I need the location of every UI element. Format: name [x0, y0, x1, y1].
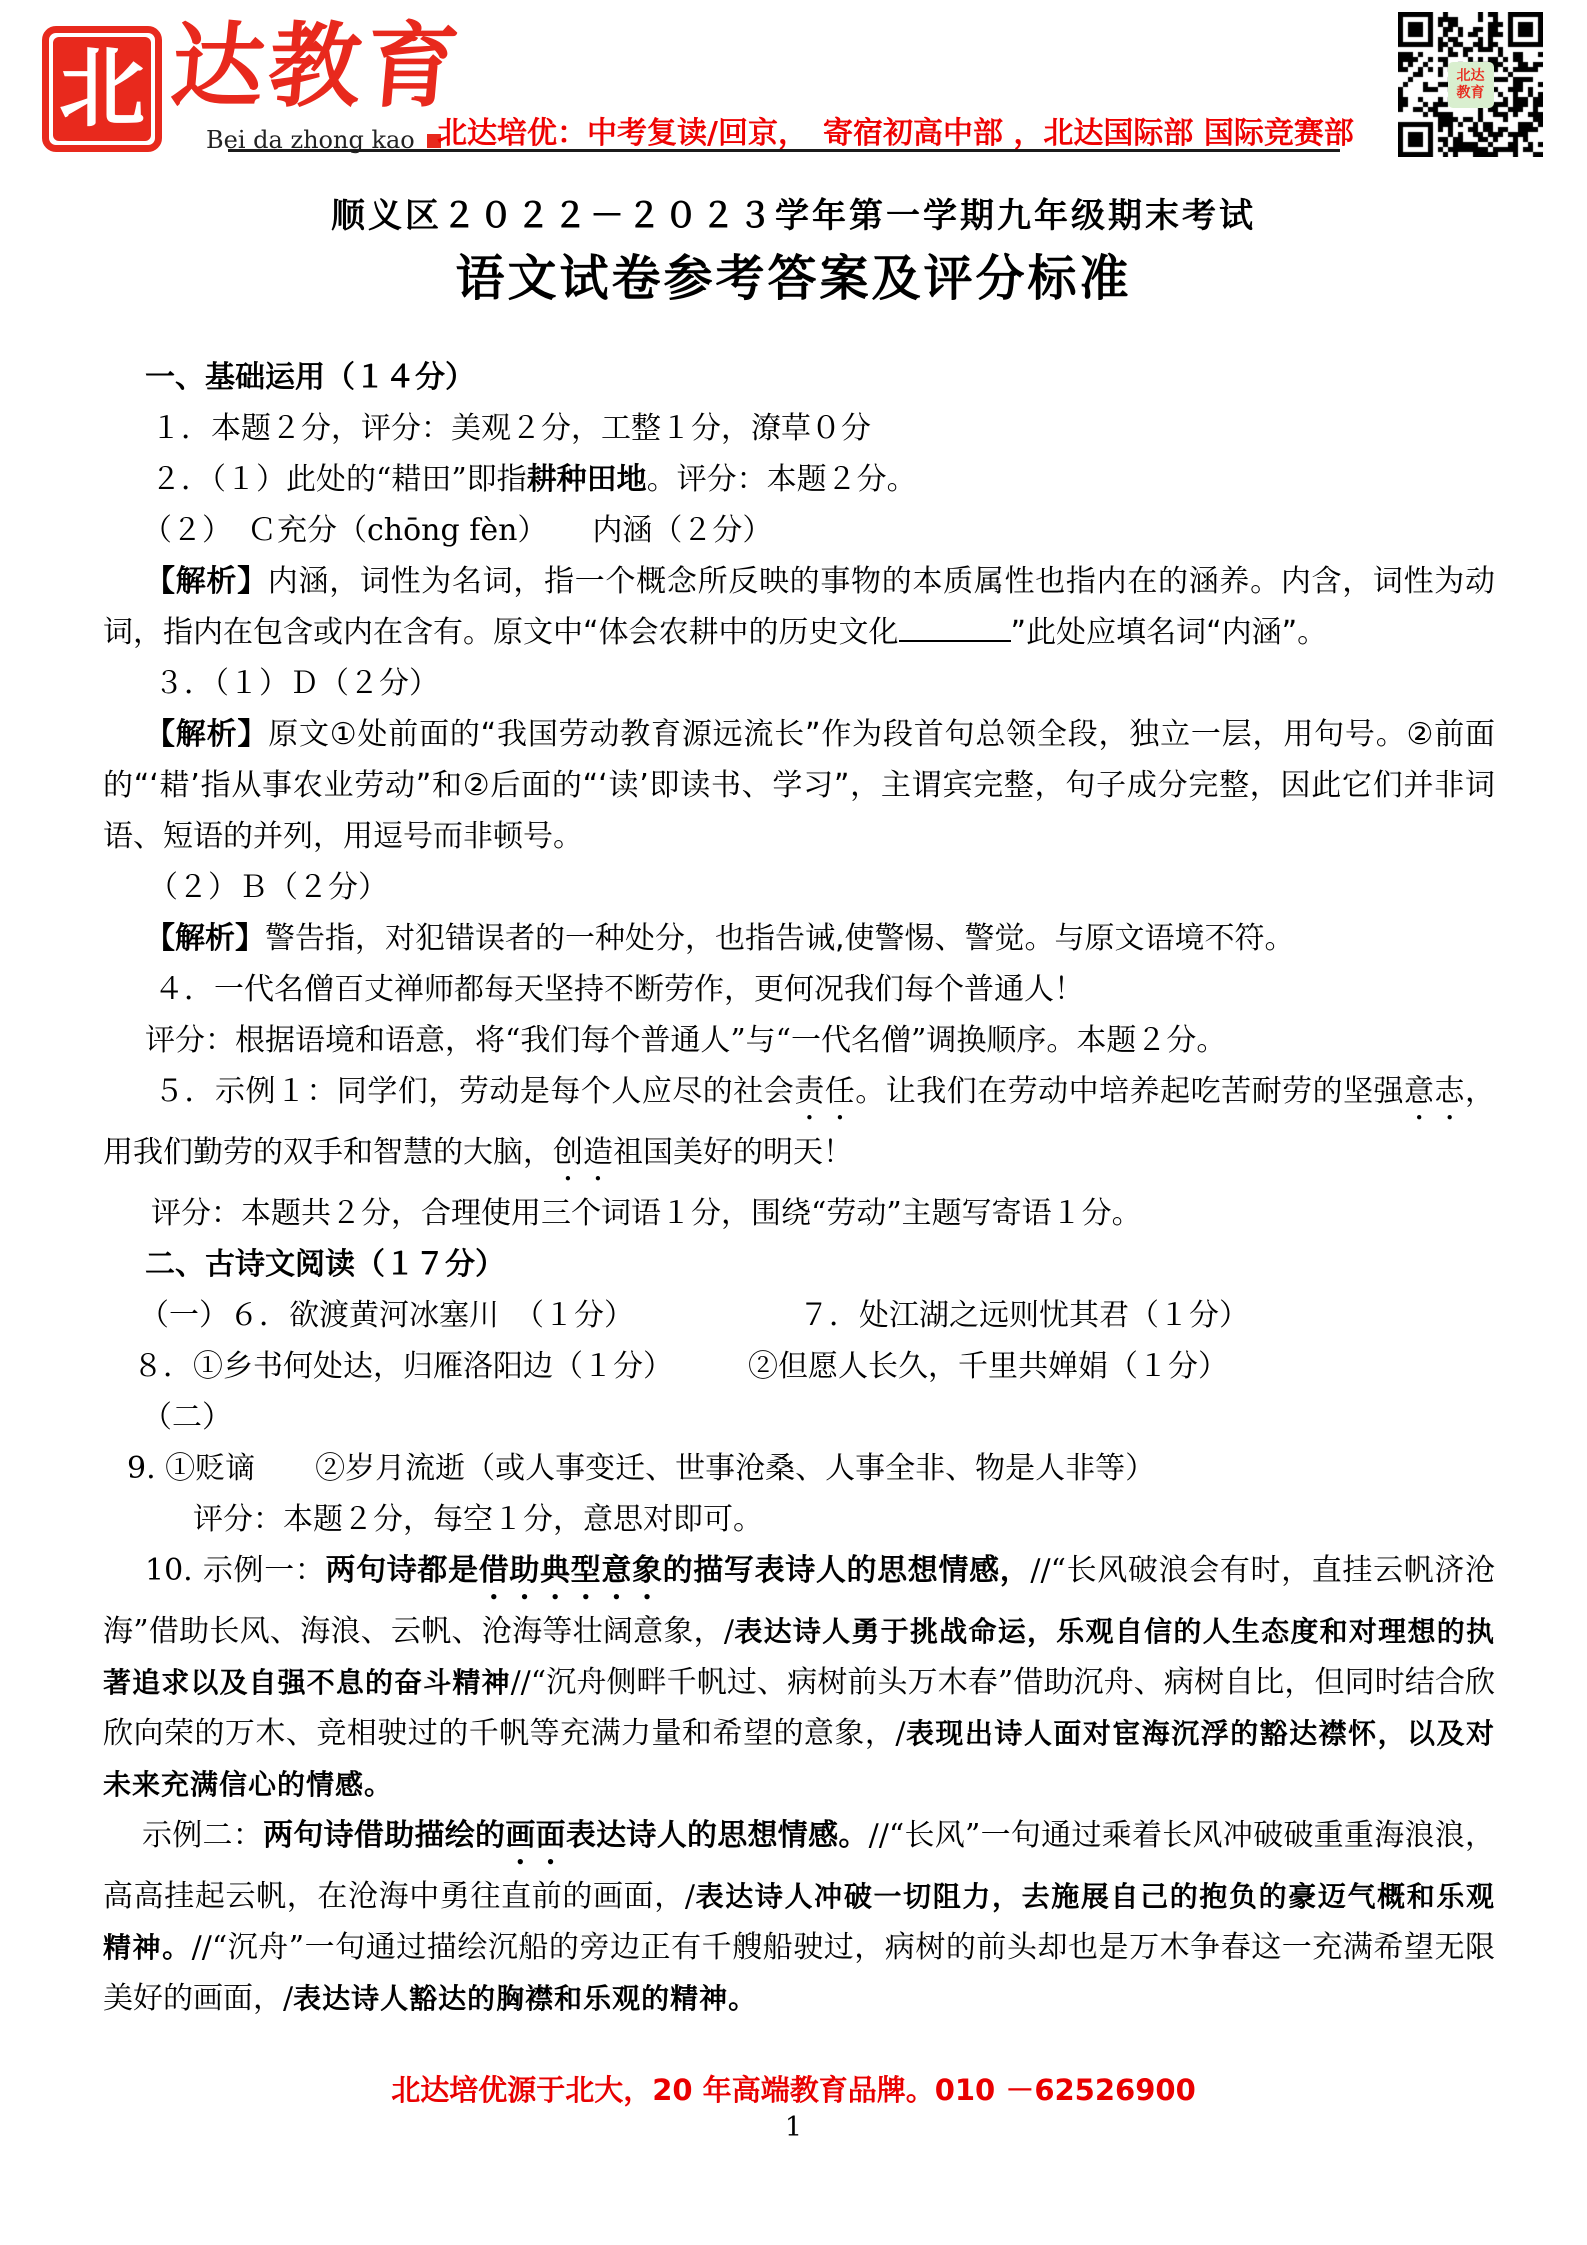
text-run: 意志	[1404, 1074, 1465, 1109]
text-run: ”此处应填名词“内涵”。	[1011, 615, 1328, 650]
text-run: 一、基础运用（１４分）	[145, 360, 475, 395]
footer-slogan: 北达培优源于北大，20 年高端教育品牌。010 －62526900	[0, 2068, 1587, 2109]
section-heading-1: 一、基础运用（１４分）	[103, 352, 1495, 403]
text-run: ４．一代名僧百丈禅师都每天坚持不断劳作，更何况我们每个普通人！	[154, 972, 1084, 1007]
text-run: 警告指，对犯错误者的一种处分，也指告诫,使警惕、警觉。与原文语境不符。	[265, 921, 1295, 956]
answer-4: ４．一代名僧百丈禅师都每天坚持不断劳作，更何况我们每个普通人！	[103, 964, 1495, 1015]
answer-2-2: （２） Ｃ充分（chōng fèn） 内涵（２分）	[103, 505, 1495, 556]
logo-wordmark: 达教育	[168, 18, 467, 115]
text-run: 借助典型意象	[479, 1553, 663, 1588]
text-run: （一）６．欲渡黄河冰塞川 （１分） ７．处江湖之远则忧其君（１分）	[139, 1298, 1249, 1333]
text-run: （二）	[142, 1400, 232, 1435]
text-run: 。让我们在劳动中培养起吃苦耐劳的坚强	[855, 1074, 1404, 1109]
answer-6-7: （一）６．欲渡黄河冰塞川 （１分） ７．处江湖之远则忧其君（１分）	[103, 1290, 1495, 1341]
text-run: 【解析】	[145, 564, 268, 599]
section-2-2: （二）	[103, 1392, 1495, 1443]
qr-center-line2: 教育	[1457, 85, 1485, 102]
text-run: 评分：根据语境和语意，将“我们每个普通人”与“一代名僧”调换顺序。本题２分。	[145, 1023, 1226, 1058]
answer-3-1: ３．（１）Ｄ（２分）	[103, 658, 1495, 709]
answer-3-2: （２）Ｂ（２分）	[103, 862, 1495, 913]
analysis-3-1: 【解析】原文①处前面的“我国劳动教育源远流长”作为段首句总领全段，独立一层，用句…	[103, 709, 1495, 862]
answer-5: ５．示例１：同学们，劳动是每个人应尽的社会责任。让我们在劳动中培养起吃苦耐劳的坚…	[103, 1066, 1495, 1188]
analysis-3-2: 【解析】警告指，对犯错误者的一种处分，也指告诫,使警惕、警觉。与原文语境不符。	[103, 913, 1495, 964]
page-number: 1	[0, 2112, 1587, 2143]
answer-10-example-1: 10. 示例一：两句诗都是借助典型意象的描写表诗人的思想情感，//“长风破浪会有…	[103, 1545, 1495, 1810]
exam-title: 顺义区２０２２－２０２３学年第一学期九年级期末考试	[0, 188, 1587, 237]
text-run: 原文①处前面的“我国劳动教育源远流长”作为段首句总领全段，独立一层，用句号。②前…	[103, 717, 1495, 854]
fill-in-blank	[899, 610, 1011, 642]
answer-body: 一、基础运用（１４分）１．本题２分，评分：美观２分，工整１分，潦草０分２．（１）…	[103, 352, 1495, 2024]
text-run: 表达诗人的思想情感。	[566, 1818, 869, 1853]
text-run: １．本题２分，评分：美观２分，工整１分，潦草０分	[151, 411, 871, 446]
answer-8: ８．①乡书何处达，归雁洛阳边（１分） ②但愿人长久，千里共婵娟（１分）	[103, 1341, 1495, 1392]
answer-10-example-2: 示例二：两句诗借助描绘的画面表达诗人的思想情感。//“长风”一句通过乘着长风冲破…	[103, 1810, 1495, 2024]
text-run: ５．示例１：同学们，劳动是每个人应尽的社会	[154, 1074, 794, 1109]
logo-seal: 北	[42, 26, 162, 152]
text-run: 评分：本题共２分，合理使用三个词语１分，围绕“劳动”主题写寄语１分。	[151, 1196, 1142, 1231]
text-run: 画面	[505, 1818, 566, 1853]
text-run: （２） Ｃ充分（chōng fèn） 内涵（２分）	[142, 513, 772, 548]
analysis-2-2: 【解析】内涵，词性为名词，指一个概念所反映的事物的本质属性也指内在的涵养。内含，…	[103, 556, 1495, 658]
header-slogan: 北达培优：中考复读/回京， 寄宿初高中部 ，北达国际部 国际竞赛部	[437, 108, 1354, 152]
text-run: 创造	[553, 1135, 613, 1170]
text-run: 两句诗都是	[325, 1553, 478, 1588]
text-run: 9. ①贬谪 ②岁月流逝（或人事变迁、世事沧桑、人事全非、物是人非等）	[127, 1451, 1155, 1486]
text-run: 两句诗借助描绘的	[263, 1818, 505, 1853]
qr-center-logo: 北达 教育	[1448, 62, 1494, 108]
text-run: 祖国美好的明天！	[613, 1135, 853, 1170]
text-run: 。评分：本题２分。	[647, 462, 917, 497]
text-run: （２）Ｂ（２分）	[148, 870, 388, 905]
text-run: 【解析】	[145, 921, 265, 956]
section-heading-2: 二、古诗文阅读（１７分）	[103, 1239, 1495, 1290]
scoring-9: 评分：本题２分，每空１分，意思对即可。	[103, 1494, 1495, 1545]
text-run: 责任	[794, 1074, 855, 1109]
qr-code: 北达 教育	[1398, 12, 1543, 157]
text-run: 的描写表诗人的思想情感，	[663, 1553, 1031, 1588]
text-run: 【解析】	[145, 717, 268, 752]
answer-9: 9. ①贬谪 ②岁月流逝（或人事变迁、世事沧桑、人事全非、物是人非等）	[103, 1443, 1495, 1494]
text-run: ２．（１）此处的“耤田”即指	[151, 462, 527, 497]
scoring-4: 评分：根据语境和语意，将“我们每个普通人”与“一代名僧”调换顺序。本题２分。	[103, 1015, 1495, 1066]
text-run: ８．①乡书何处达，归雁洛阳边（１分） ②但愿人长久，千里共婵娟（１分）	[133, 1349, 1228, 1384]
document-page: 北 达教育 Bei da zhong kao 北达培优：中考复读/回京， 寄宿初…	[0, 0, 1587, 2245]
answer-2-1: ２．（１）此处的“耤田”即指耕种田地。评分：本题２分。	[103, 454, 1495, 505]
scoring-5: 评分：本题共２分，合理使用三个词语１分，围绕“劳动”主题写寄语１分。	[103, 1188, 1495, 1239]
text-run: 示例二：	[142, 1818, 263, 1853]
qr-center-line1: 北达	[1457, 68, 1485, 85]
text-run: 表达诗人豁达的胸襟和乐观的精神。	[293, 1982, 757, 2015]
text-run: ３．（１）Ｄ（２分）	[154, 666, 439, 701]
logo-seal-background: 北	[53, 37, 151, 141]
page-title: 语文试卷参考答案及评分标准	[0, 240, 1587, 310]
text-run: 耕种田地	[527, 462, 647, 497]
text-run: 二、古诗文阅读（１７分）	[145, 1247, 505, 1282]
text-run: 10. 示例一：	[145, 1553, 325, 1588]
answer-1: １．本题２分，评分：美观２分，工整１分，潦草０分	[103, 403, 1495, 454]
header-divider	[228, 149, 1340, 152]
text-run: 评分：本题２分，每空１分，意思对即可。	[193, 1502, 763, 1537]
logo-seal-character: 北	[59, 46, 145, 132]
